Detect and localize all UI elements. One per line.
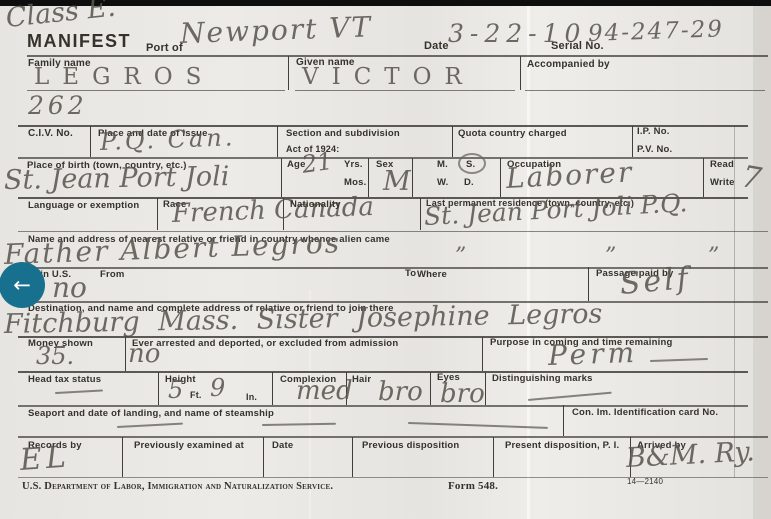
arrested-label: Ever arrested and deported, or excluded …	[132, 338, 398, 349]
footer-form-number: Form 548.	[448, 480, 498, 492]
footer-agency: U.S. Department of Labor, Immigration an…	[22, 481, 333, 492]
form-divider	[452, 126, 453, 157]
form-divider	[482, 337, 483, 371]
seaport-label: Seaport and date of landing, and name of…	[28, 408, 274, 419]
race-value: French Canada	[172, 194, 375, 227]
mos-label: Mos.	[344, 177, 366, 188]
form-divider	[520, 56, 521, 90]
form-divider	[263, 437, 264, 477]
form-divider	[485, 372, 486, 405]
back-arrow-icon: ←	[13, 275, 31, 296]
eyes-value: bro	[440, 381, 485, 407]
ditto-mark: ”	[455, 246, 466, 268]
sex-value: M	[383, 168, 411, 195]
form-divider	[125, 337, 126, 371]
where-label: Where	[417, 269, 447, 280]
height-in-value: 9	[210, 376, 225, 400]
nationality-label: Nationality	[290, 199, 341, 210]
form-divider	[632, 126, 633, 157]
distinguishing-marks-label: Distinguishing marks	[492, 373, 593, 384]
form-divider	[277, 126, 278, 157]
document-viewer: Class E. MANIFEST Port of Newport VT Dat…	[0, 0, 771, 519]
form-divider	[430, 372, 431, 405]
yrs-label: Yrs.	[344, 159, 363, 170]
form-rule	[18, 436, 768, 438]
form-divider	[420, 198, 421, 230]
occupation-value: Laborer	[505, 158, 634, 193]
serial-value: 94-247-29	[588, 18, 725, 46]
money-shown-value: 35.	[36, 344, 74, 368]
pencil-dash-mark	[650, 358, 708, 362]
pencil-dash-mark	[528, 392, 612, 401]
form-divider	[157, 198, 158, 230]
read-label: Read	[710, 159, 734, 170]
previous-disposition-label: Previous disposition	[362, 440, 459, 451]
exam-date-label: Date	[272, 440, 293, 451]
pencil-dash-mark	[117, 423, 183, 428]
form-rule	[27, 55, 768, 57]
back-button[interactable]: ←	[0, 262, 45, 308]
form-divider	[412, 158, 413, 197]
marital-m-label: M.	[437, 159, 448, 170]
letterbox-bar	[0, 0, 771, 6]
page-title: MANIFEST	[27, 31, 131, 52]
date-label: Date	[424, 40, 449, 52]
language-label: Language or exemption	[28, 200, 139, 211]
form-divider	[288, 56, 289, 90]
form-divider	[158, 372, 159, 405]
con-im-card-label: Con. Im. Identification card No.	[572, 407, 718, 418]
marital-d-label: D.	[464, 177, 474, 188]
arrived-by-value: B&M. Ry.	[625, 438, 755, 472]
complexion-value: med	[296, 378, 353, 404]
present-disposition-label: Present disposition, P. I.	[505, 440, 619, 451]
form-divider	[493, 437, 494, 477]
form-divider	[272, 372, 273, 405]
port-value: Newport VT	[180, 13, 373, 48]
port-label: Port of	[146, 42, 183, 54]
footer-print-code: 14—2140	[627, 477, 663, 486]
form-divider	[90, 126, 91, 157]
form-rule	[18, 231, 768, 232]
form-rule	[295, 90, 515, 91]
form-divider	[122, 437, 123, 477]
head-tax-label: Head tax status	[28, 374, 101, 385]
form-divider	[500, 158, 501, 197]
quota-country-label: Quota country charged	[458, 128, 567, 139]
hair-label: Hair	[352, 374, 371, 385]
form-rule	[18, 371, 748, 373]
pencil-dash-mark	[262, 423, 336, 426]
pv-no-label: P.V. No.	[637, 144, 672, 155]
accompanied-by-label: Accompanied by	[527, 59, 610, 70]
marital-w-label: W.	[437, 177, 448, 188]
from-label: From	[100, 269, 125, 280]
section-subdivision-label: Section and subdivision	[286, 128, 400, 139]
form-divider	[563, 405, 564, 436]
from-value: no	[52, 274, 87, 302]
purpose-value: Perm	[548, 339, 639, 370]
to-label: To	[405, 268, 416, 279]
form-divider	[588, 267, 589, 301]
form-divider	[703, 158, 704, 197]
records-by-value: EL	[19, 443, 71, 476]
civ-no-label: C.I.V. No.	[28, 128, 73, 139]
age-value: 21	[300, 149, 334, 177]
ditto-mark: ”	[708, 246, 719, 268]
pencil-circle-mark	[458, 153, 486, 174]
height-ft-value: 5	[168, 378, 183, 402]
place-of-birth-value: St. Jean Port Joli	[4, 163, 230, 194]
in-label: In.	[246, 392, 257, 402]
arrested-value: no	[128, 341, 160, 367]
form-rule	[525, 90, 765, 91]
passage-paid-value: Self	[619, 264, 692, 300]
given-name-value: VICTOR	[302, 66, 475, 89]
ip-no-label: I.P. No.	[637, 126, 670, 137]
hair-value: bro	[378, 379, 423, 405]
manifest-number: 262	[28, 93, 88, 118]
write-label: Write	[710, 177, 735, 188]
family-name-value: LEGROS	[34, 66, 214, 89]
ditto-mark: ”	[605, 246, 616, 268]
previously-examined-label: Previously examined at	[134, 440, 244, 451]
class-annotation: Class E.	[5, 0, 117, 32]
form-divider	[352, 437, 353, 477]
form-divider	[281, 158, 282, 197]
scan-edge	[753, 6, 771, 519]
place-date-issue-value: P.Q. Can.	[100, 125, 236, 154]
pencil-dash-mark	[55, 389, 103, 394]
ft-label: Ft.	[190, 390, 202, 400]
